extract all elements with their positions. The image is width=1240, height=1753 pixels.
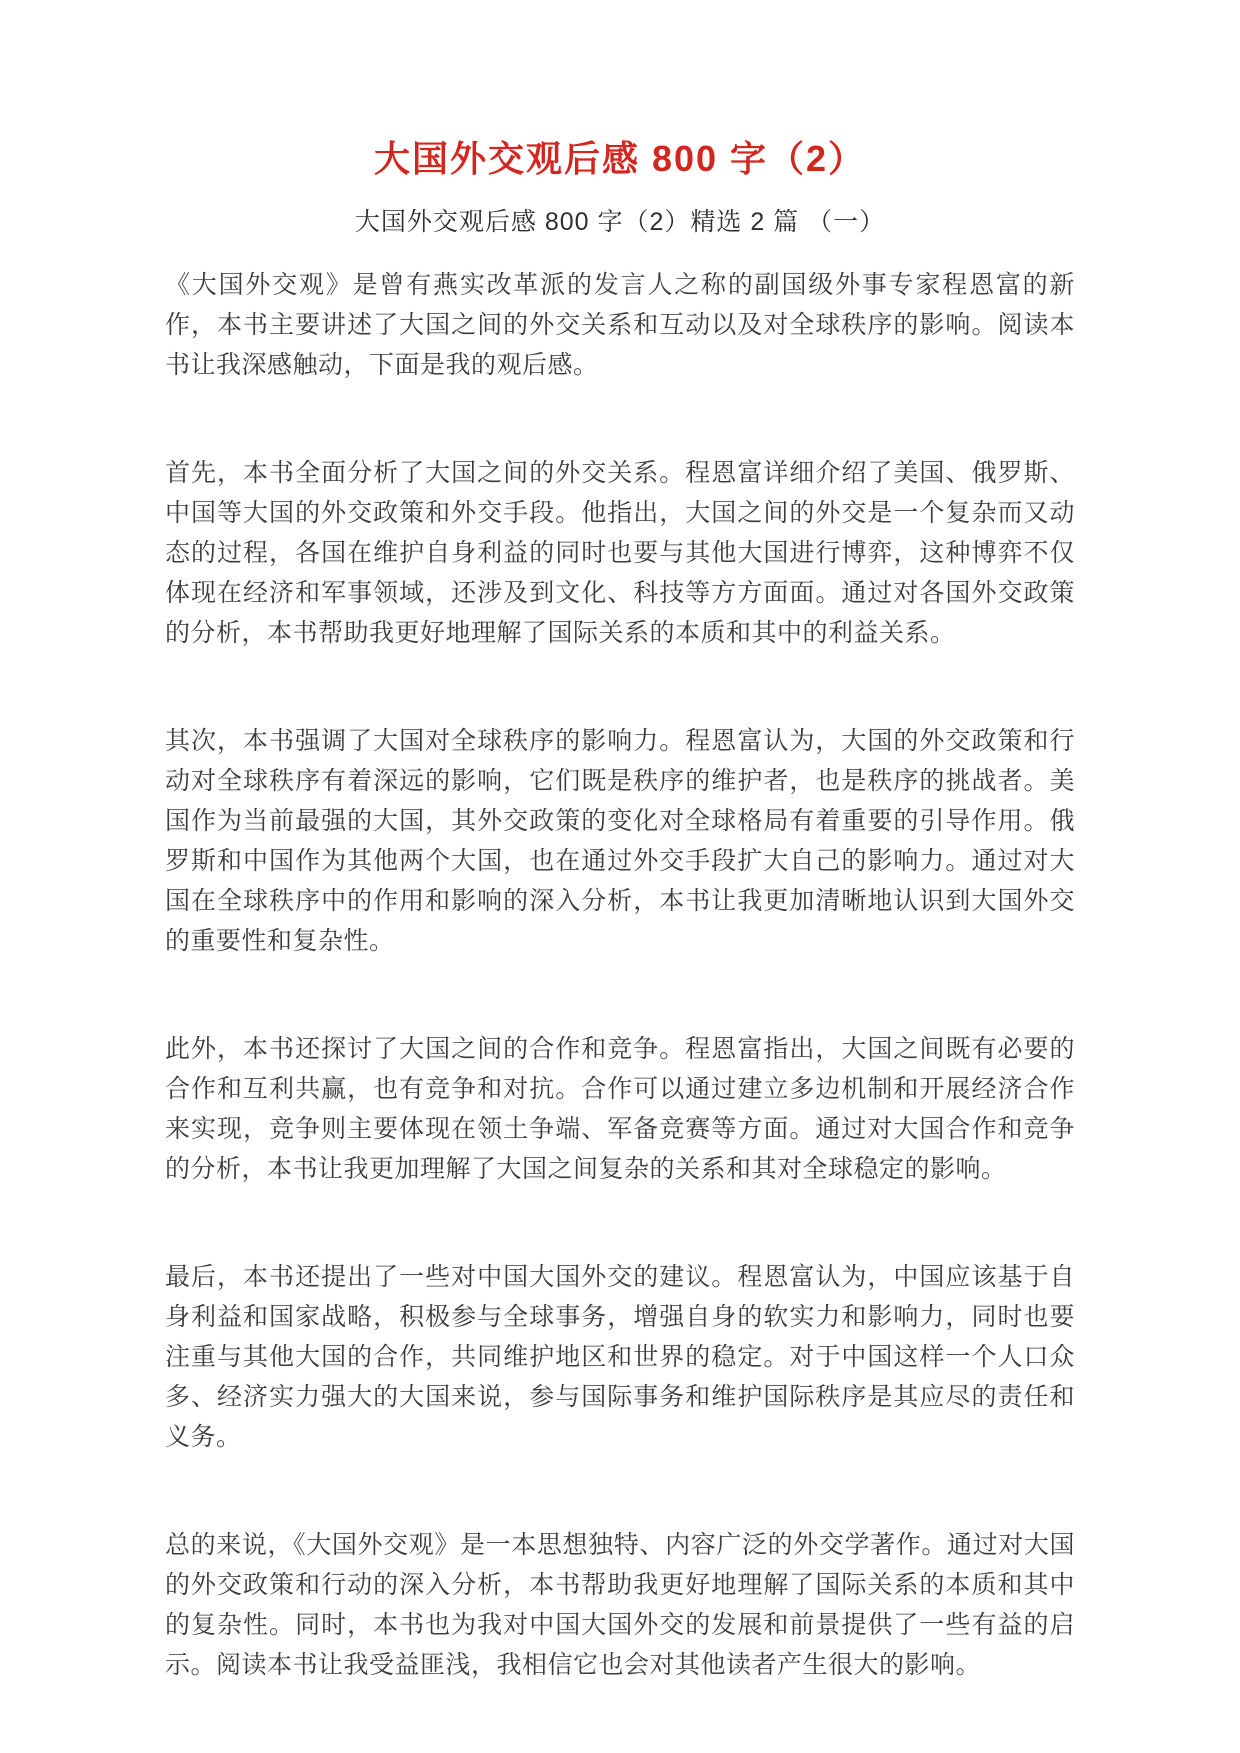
paragraph-intro: 《大国外交观》是曾有燕实改革派的发言人之称的副国级外事专家程恩富的新作，本书主要… <box>165 265 1075 385</box>
paragraph-third-point: 此外，本书还探讨了大国之间的合作和竞争。程恩富指出，大国之间既有必要的合作和互利… <box>165 1029 1075 1189</box>
paragraph-first-point: 首先，本书全面分析了大国之间的外交关系。程恩富详细介绍了美国、俄罗斯、中国等大国… <box>165 453 1075 653</box>
paragraph-conclusion: 总的来说，《大国外交观》是一本思想独特、内容广泛的外交学著作。通过对大国的外交政… <box>165 1525 1075 1685</box>
page-title: 大国外交观后感 800 字（2） <box>165 138 1075 179</box>
page-subtitle: 大国外交观后感 800 字（2）精选 2 篇 （一） <box>165 207 1075 237</box>
paragraph-second-point: 其次，本书强调了大国对全球秩序的影响力。程恩富认为，大国的外交政策和行动对全球秩… <box>165 721 1075 961</box>
document-page: 大国外交观后感 800 字（2） 大国外交观后感 800 字（2）精选 2 篇 … <box>165 0 1075 1685</box>
paragraph-fourth-point: 最后，本书还提出了一些对中国大国外交的建议。程恩富认为，中国应该基于自身利益和国… <box>165 1257 1075 1457</box>
